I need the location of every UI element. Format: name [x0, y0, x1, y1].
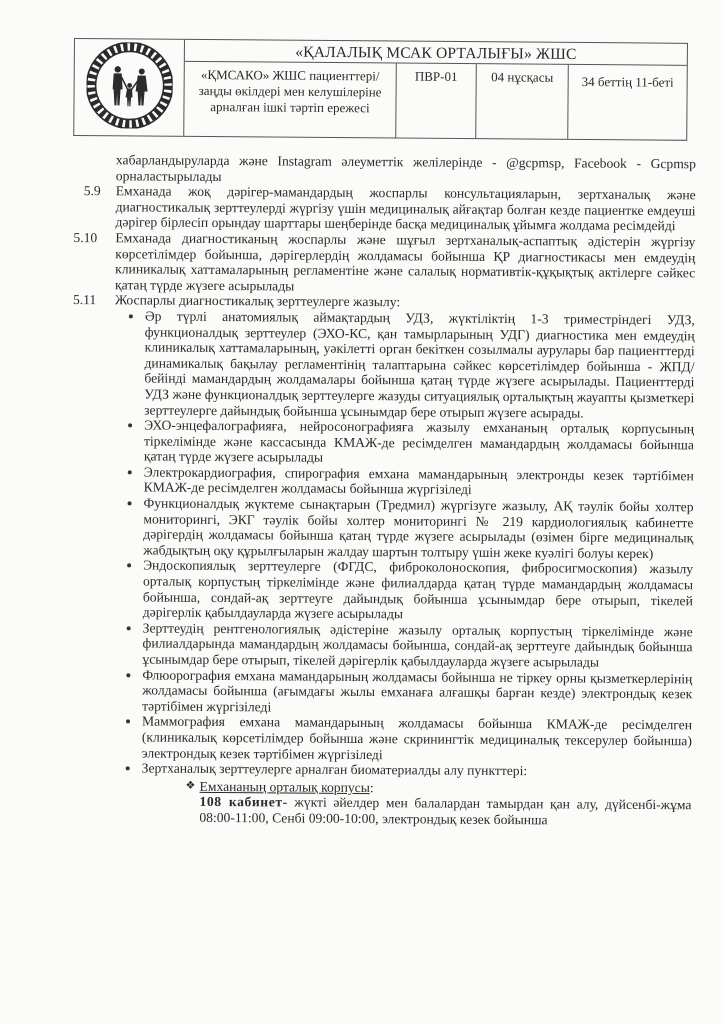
bullet-icon	[129, 314, 133, 318]
list-item: Эндоскопиялық зерттеулерге (ФГДС, фиброк…	[143, 558, 693, 624]
bullet-icon	[126, 767, 130, 771]
document-name: «ҚМСАКО» ЖШС пациенттері/заңды өкілдері …	[184, 62, 397, 138]
document-code: ПВР-01	[396, 64, 477, 139]
list-item: ЭХО-энцефалографияға, нейросонографияға …	[144, 418, 694, 469]
logo-cell	[74, 39, 185, 136]
biomaterial-point-central: ❖ Емхананың орталық корпусы: 108 кабинет…	[69, 778, 691, 829]
page-number: 34 беттің 11-беті	[568, 65, 687, 140]
section-text: Емханада диагностиканың жоспарлы және шұ…	[115, 230, 695, 293]
list-item: Маммография емхана мамандарының жолдамас…	[142, 714, 692, 765]
document-body: хабарландыруларда және Instagram әлеумет…	[69, 152, 696, 829]
list-item: Әр түрлі анатомиялық аймақтардың УДЗ, жү…	[144, 308, 695, 421]
section-number: 5.9	[84, 183, 101, 199]
section-number: 5.11	[73, 292, 96, 308]
bullet-icon	[128, 423, 132, 427]
diagnostics-list: Әр түрлі анатомиялық аймақтардың УДЗ, жү…	[70, 308, 695, 780]
bullet-icon	[128, 501, 132, 505]
section-5-9: 5.9 Емханада жоқ дәрігер-мамандардың жос…	[73, 183, 695, 234]
sub-heading-label: Емхананың орталық корпусы	[200, 779, 370, 795]
room-number: 108 кабинет-	[199, 794, 287, 810]
document-header-table: «ҚАЛАЛЫҚ МСАК ОРТАЛЫҒЫ» ЖШС «ҚМСАКО» ЖШС…	[73, 38, 688, 141]
bullet-icon	[126, 673, 130, 677]
section-5-10: 5.10 Емханада диагностиканың жоспарлы жә…	[73, 230, 695, 297]
room-entry: 108 кабинет- жүкті әйелдер мен балаларда…	[199, 794, 691, 829]
diamond-bullet-icon: ❖	[186, 779, 196, 795]
section-number: 5.10	[73, 230, 97, 246]
list-item: Функционалдық жүктеме сынақтарын (Тредми…	[143, 496, 693, 562]
document-page: «ҚАЛАЛЫҚ МСАК ОРТАЛЫҒЫ» ЖШС «ҚМСАКО» ЖШС…	[0, 0, 724, 1024]
list-item: Зертханалық зерттеулерге арналған биомат…	[142, 761, 692, 780]
family-circle-logo-icon	[86, 42, 173, 134]
bullet-icon	[128, 470, 132, 474]
list-item: Электрокардиография, спирография емхана …	[144, 464, 694, 499]
section-text: Емханада жоқ дәрігер-мамандардың жоспарл…	[115, 183, 695, 233]
document-version: 04 нұсқасы	[476, 64, 569, 139]
bullet-icon	[127, 564, 131, 568]
bullet-icon	[126, 720, 130, 724]
section-text: Жоспарлы диагностикалық зерттеулерге жаз…	[115, 293, 400, 310]
list-item: Зерттеудің рентгенологиялық әдістеріне ж…	[142, 620, 692, 671]
bullet-icon	[127, 626, 131, 630]
list-item: Флюорография емхана мамандарының жолдама…	[142, 667, 692, 718]
continuation-paragraph: хабарландыруларда және Instagram әлеумет…	[74, 152, 696, 188]
